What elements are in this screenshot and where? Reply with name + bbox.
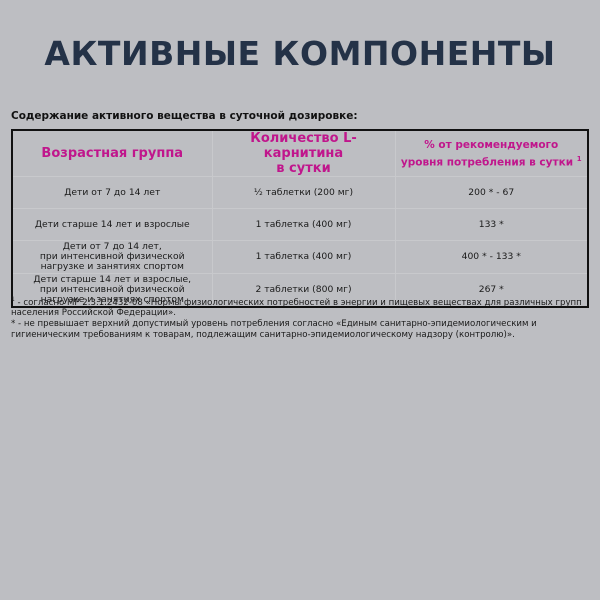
cell-amount: 1 таблетка (400 мг) (212, 241, 395, 274)
header-amount-line1: Количество L-карнитина (250, 131, 357, 161)
header-percent-line2: уровня потребления в сутки (401, 156, 573, 168)
footnote-ref-1: 1 (577, 155, 582, 163)
footnote-1: 1 - согласно МР 2.3.1.2432-08 «Нормы физ… (11, 295, 591, 319)
cell-age-group: Дети от 7 до 14 лет, при интенсивной физ… (12, 241, 212, 274)
table-row: Дети старше 14 лет и взрослые 1 таблетка… (12, 209, 588, 241)
table-row: Дети от 7 до 14 лет ½ таблетки (200 мг) … (12, 177, 588, 209)
footnote-2-text: - не превышает верхний допустимый уровен… (11, 319, 537, 340)
table-caption: Содержание активного вещества в суточной… (11, 110, 358, 122)
dosage-table: Возрастная группа Количество L-карнитина… (11, 129, 589, 308)
cell-amount: 1 таблетка (400 мг) (212, 209, 395, 241)
age-line: нагрузке и занятиях спортом (41, 261, 184, 272)
cell-percent: 400 * - 133 * (395, 241, 588, 274)
page-title: АКТИВНЫЕ КОМПОНЕНТЫ (0, 34, 600, 73)
table-header-row: Возрастная группа Количество L-карнитина… (12, 130, 588, 177)
footnotes: 1 - согласно МР 2.3.1.2432-08 «Нормы физ… (11, 295, 591, 340)
table-row: Дети от 7 до 14 лет, при интенсивной физ… (12, 241, 588, 274)
header-age-group: Возрастная группа (12, 130, 212, 177)
cell-percent: 200 * - 67 (395, 177, 588, 209)
age-line: Дети старше 14 лет и взрослые (35, 219, 190, 230)
cell-amount: ½ таблетки (200 мг) (212, 177, 395, 209)
cell-age-group: Дети старше 14 лет и взрослые (12, 209, 212, 241)
header-amount: Количество L-карнитина в сутки (212, 130, 395, 177)
age-line: Дети от 7 до 14 лет (64, 187, 160, 198)
cell-age-group: Дети от 7 до 14 лет (12, 177, 212, 209)
cell-percent: 133 * (395, 209, 588, 241)
header-percent-line1: % от рекомендуемого (424, 139, 558, 151)
footnote-2: * - не превышает верхний допустимый уров… (11, 319, 591, 340)
header-age-group-label: Возрастная группа (41, 146, 183, 161)
header-amount-line2: в сутки (276, 161, 330, 176)
footnote-1-text: - согласно МР 2.3.1.2432-08 «Нормы физио… (11, 298, 582, 319)
header-percent: % от рекомендуемого уровня потребления в… (395, 130, 588, 177)
